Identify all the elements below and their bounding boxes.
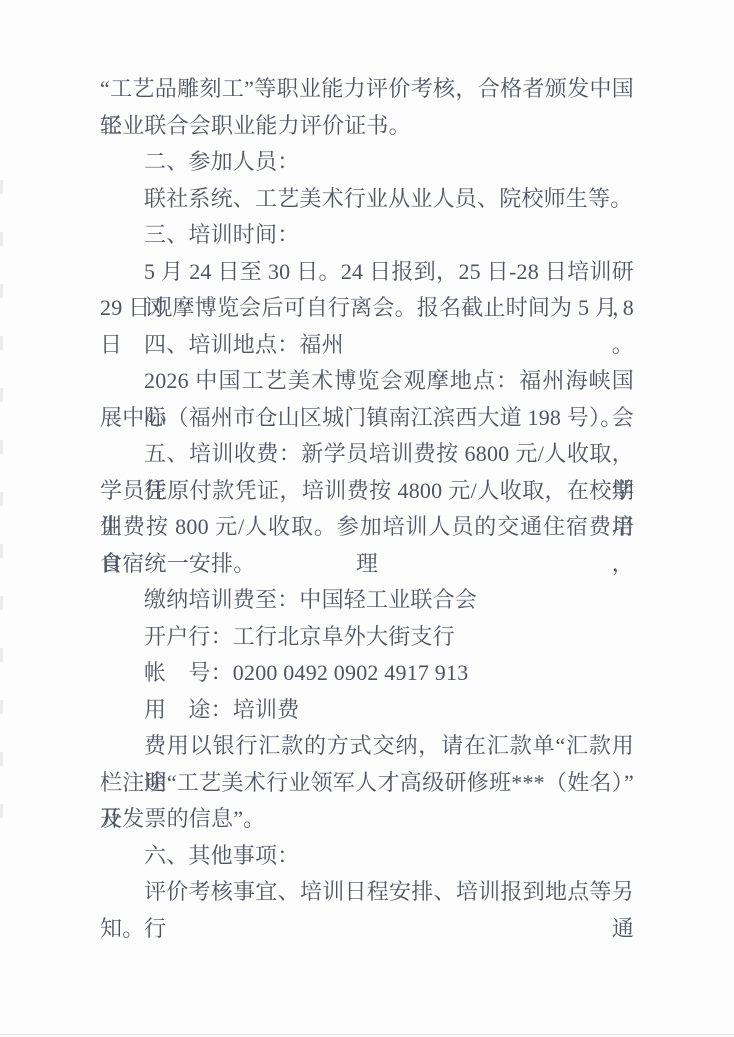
text-line: 六、其他事项： (100, 838, 634, 875)
text-line: 三、培训时间： (100, 217, 634, 254)
text-line: 二、参加人员： (100, 144, 634, 181)
text-line: 缴纳培训费至：中国轻工业联合会 (100, 582, 634, 619)
text-line: 学员凭原付款凭证，培训费按 4800 元/人收取，在校学生培 (100, 473, 634, 510)
text-line: 帐 号：0200 0492 0902 4917 913 (100, 655, 634, 692)
text-line: 栏注明“工艺美术行业领军人才高级研修班***（姓名）及 (100, 765, 634, 802)
scan-edge-artifact-bottom (0, 1034, 734, 1035)
text-line: 2026 中国工艺美术博览会观摩地点：福州海峡国际会 (100, 363, 634, 400)
text-line: 展中心（福州市仓山区城门镇南江滨西大道 198 号）。 (100, 400, 634, 437)
scan-edge-artifact-left (0, 180, 3, 820)
text-line: 5 月 24 日至 30 日。24 日报到，25 日-28 日培训研讨， (100, 254, 634, 291)
text-line: 29 日观摩博览会后可自行离会。报名截止时间为 5 月 8 日。 (100, 290, 634, 327)
text-line: 开户行：工行北京阜外大街支行 (100, 619, 634, 656)
text-line: 联社系统、工艺美术行业从业人员、院校师生等。 (100, 181, 634, 218)
text-line: 工业联合会职业能力评价证书。 (100, 108, 634, 145)
text-line: 用 途：培训费 (100, 692, 634, 729)
text-line: 训费按 800 元/人收取。参加培训人员的交通住宿费用自理， (100, 509, 634, 546)
text-line: 五、培训收费：新学员培训费按 6800 元/人收取，往期 (100, 436, 634, 473)
text-line: 开发票的信息”。 (100, 801, 634, 838)
text-line: 费用以银行汇款的方式交纳，请在汇款单“汇款用途” (100, 728, 634, 765)
document-page: “工艺品雕刻工”等职业能力评价考核，合格者颁发中国轻工业联合会职业能力评价证书。… (0, 0, 734, 1037)
text-line: 评价考核事宜、培训日程安排、培训报到地点等另行通 (100, 874, 634, 911)
document-body: “工艺品雕刻工”等职业能力评价考核，合格者颁发中国轻工业联合会职业能力评价证书。… (100, 71, 634, 947)
text-line: “工艺品雕刻工”等职业能力评价考核，合格者颁发中国轻 (100, 71, 634, 108)
